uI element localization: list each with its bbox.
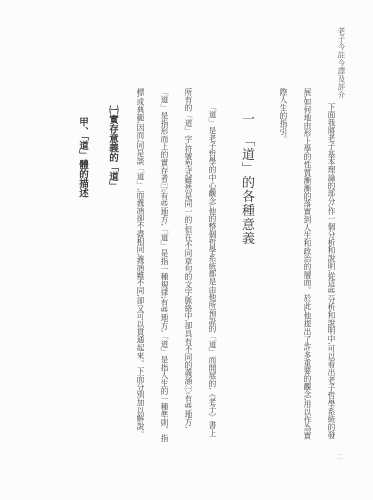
paragraph-dao-overview: 「道」是老子哲學的中心觀念,他的整個哲學系統都是由他所預設的「道」而開展的,《老… [128, 88, 224, 445]
paragraph-intro: 下面我將老子基本理論的部分,作一個分析和說明,從這些分析和說明中,可以看出老子哲… [271, 88, 343, 445]
section-heading-dao-meanings: 一 「道」的各種意義 [231, 88, 263, 445]
text-block: 下面我將老子基本理論的部分,作一個分析和說明,從這些分析和說明中,可以看出老子哲… [65, 88, 343, 445]
subsection-heading-dao-body-description: 甲、「道」體的描述 [68, 88, 95, 445]
page-number: 二 [334, 453, 344, 460]
book-page: 老子今註今譯及評介 下面我將老子基本理論的部分,作一個分析和說明,從這些分析和說… [0, 0, 373, 500]
subsection-heading-existential-dao: ㈠實存意義的「道」 [98, 88, 125, 445]
